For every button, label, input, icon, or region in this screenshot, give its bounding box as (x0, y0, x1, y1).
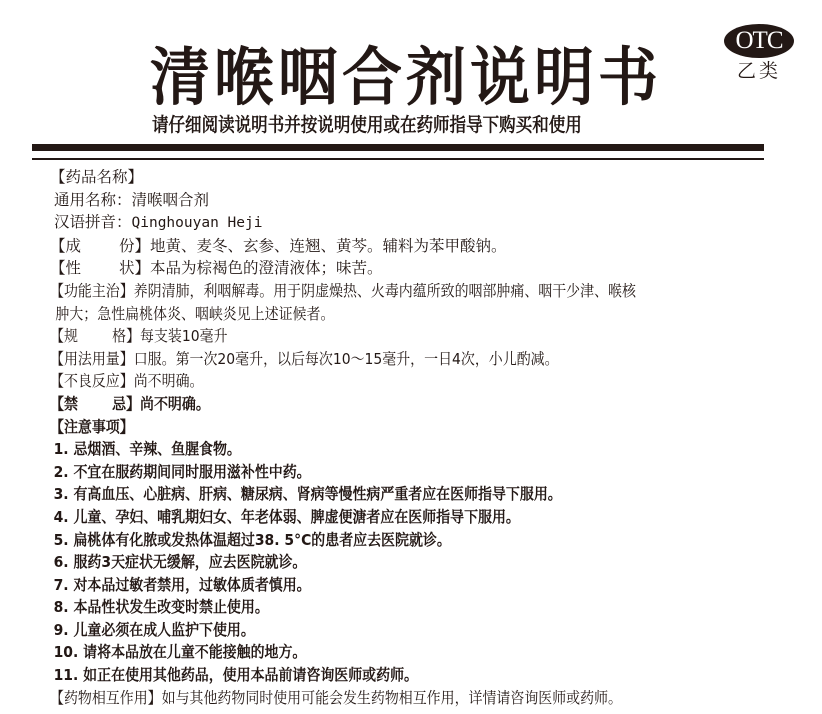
interactions-label: 【药物相互作用】 (50, 689, 162, 707)
properties-row: 【性状】本品为棕褐色的澄清液体；味苦。 (50, 257, 790, 280)
specification-label: 【规格】 (50, 325, 140, 348)
ingredients-text: 地黄、麦冬、玄参、连翘、黄芩。辅料为苯甲酸钠。 (150, 237, 507, 255)
specification-text: 每支装10毫升 (140, 327, 228, 345)
precaution-item: 9. 儿童必须在成人监护下使用。 (50, 619, 716, 642)
dosage-text: 口服。第一次20毫升，以后每次10～15毫升，一日4次，小儿酌减。 (134, 350, 559, 368)
precaution-item: 6. 服药3天症状无缓解，应去医院就诊。 (50, 551, 716, 574)
precaution-item: 10. 请将本品放在儿童不能接触的地方。 (50, 641, 716, 664)
interactions-row: 【药物相互作用】如与其他药物同时使用可能会发生药物相互作用，详情请咨询医师或药师… (50, 687, 716, 710)
pinyin-value: Qinghouyan Heji (132, 215, 263, 231)
header-divider-thick (32, 144, 764, 151)
specification-row: 【规格】每支装10毫升 (50, 325, 716, 348)
contraindications-label: 【禁忌】 (50, 393, 140, 416)
precaution-item: 7. 对本品过敏者禁用，过敏体质者慎用。 (50, 574, 716, 597)
section-heading-drug-name: 【药品名称】 (50, 166, 790, 189)
adverse-reactions-text: 尚不明确。 (134, 372, 204, 390)
pinyin-row: 汉语拼音：Qinghouyan Heji (50, 211, 790, 235)
section-heading-precautions: 【注意事项】 (50, 416, 716, 439)
indications-label: 【功能主治】 (50, 282, 134, 300)
precaution-item: 1. 忌烟酒、辛辣、鱼腥食物。 (50, 438, 716, 461)
contraindications-row: 【禁忌】尚不明确。 (50, 393, 716, 416)
indications-row: 【功能主治】养阴清肺，利咽解毒。用于阴虚燥热、火毒内蕴所致的咽部肿痛、咽干少津、… (50, 280, 716, 303)
ingredients-row: 【成份】地黄、麦冬、玄参、连翘、黄芩。辅料为苯甲酸钠。 (50, 235, 790, 258)
precaution-item: 5. 扁桃体有化脓或发热体温超过38. 5°C的患者应去医院就诊。 (50, 529, 716, 552)
otc-badge: OTC 乙类 (722, 24, 796, 83)
page-subtitle: 请仔细阅读说明书并按说明使用或在药师指导下购买和使用 (152, 113, 582, 137)
dosage-label: 【用法用量】 (50, 350, 134, 368)
precaution-item: 11. 如正在使用其他药品，使用本品前请咨询医师或药师。 (50, 664, 716, 687)
precaution-item: 3. 有高血压、心脏病、肝病、糖尿病、肾病等慢性病严重者应在医师指导下服用。 (50, 483, 716, 506)
contraindications-text: 尚不明确。 (140, 395, 210, 413)
leaflet-body: 【药品名称】 通用名称：清喉咽合剂 汉语拼音：Qinghouyan Heji 【… (50, 166, 790, 709)
precaution-item: 4. 儿童、孕妇、哺乳期妇女、年老体弱、脾虚便溏者应在医师指导下服用。 (50, 506, 716, 529)
generic-name-label: 通用名称： (54, 191, 132, 209)
adverse-reactions-label: 【不良反应】 (50, 372, 134, 390)
precaution-item: 8. 本品性状发生改变时禁止使用。 (50, 596, 716, 619)
generic-name-value: 清喉咽合剂 (132, 191, 210, 209)
header-divider-thin (32, 158, 764, 160)
otc-oval-icon: OTC (724, 24, 794, 58)
indications-continuation: 肿大；急性扁桃体炎、咽峡炎见上述证候者。 (50, 303, 716, 326)
properties-text: 本品为棕褐色的澄清液体；味苦。 (150, 259, 383, 277)
ingredients-label: 【成份】 (50, 235, 150, 258)
dosage-row: 【用法用量】口服。第一次20毫升，以后每次10～15毫升，一日4次，小儿酌减。 (50, 348, 716, 371)
precaution-item: 2. 不宜在服药期间同时服用滋补性中药。 (50, 461, 716, 484)
interactions-text: 如与其他药物同时使用可能会发生药物相互作用，详情请咨询医师或药师。 (162, 689, 622, 707)
pinyin-label: 汉语拼音： (54, 213, 132, 231)
page-title: 清喉咽合剂说明书 (150, 40, 680, 116)
properties-label: 【性状】 (50, 257, 150, 280)
otc-class-label: 乙类 (722, 59, 796, 83)
generic-name-row: 通用名称：清喉咽合剂 (50, 189, 790, 212)
indications-text: 养阴清肺，利咽解毒。用于阴虚燥热、火毒内蕴所致的咽部肿痛、咽干少津、喉核 (134, 282, 636, 300)
adverse-reactions-row: 【不良反应】尚不明确。 (50, 370, 716, 393)
